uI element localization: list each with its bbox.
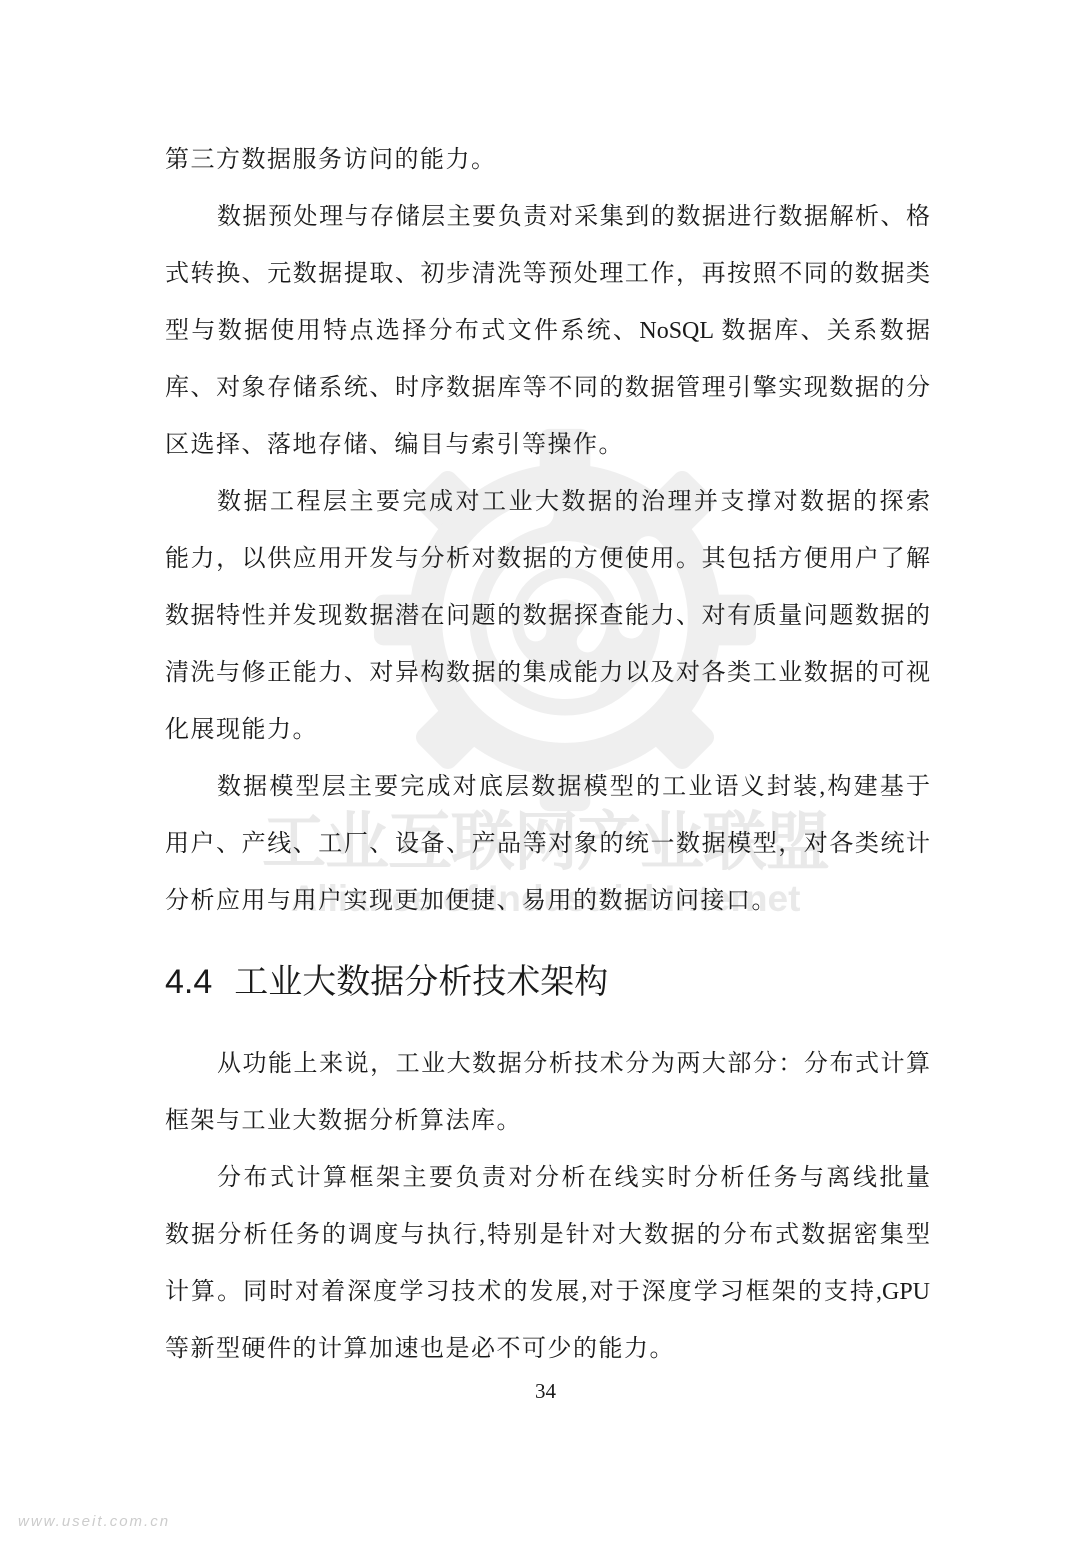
body-line: 清洗与修正能力、对异构数据的集成能力以及对各类工业数据的可视 bbox=[165, 645, 930, 702]
body-line: 数据预处理与存储层主要负责对采集到的数据进行数据解析、格 bbox=[165, 189, 930, 246]
watermark-url: www.useit.com.cn bbox=[18, 1513, 170, 1530]
section-number: 4.4 bbox=[165, 963, 212, 1001]
body-line: 型与数据使用特点选择分布式文件系统、NoSQL 数据库、关系数据 bbox=[165, 303, 930, 360]
body-line: 用户、产线、工厂、设备、产品等对象的统一数据模型，对各类统计 bbox=[165, 816, 930, 873]
body-line: 库、对象存储系统、时序数据库等不同的数据管理引擎实现数据的分 bbox=[165, 360, 930, 417]
body-line: 等新型硬件的计算加速也是必不可少的能力。 bbox=[165, 1321, 930, 1378]
body-line: 计算。同时对着深度学习技术的发展,对于深度学习框架的支持,GPU bbox=[165, 1264, 930, 1321]
body-text-upper: 第三方数据服务访问的能力。 数据预处理与存储层主要负责对采集到的数据进行数据解析… bbox=[165, 132, 930, 930]
section-heading: 4.4工业大数据分析技术架构 bbox=[165, 960, 965, 1004]
body-line: 数据模型层主要完成对底层数据模型的工业语义封装,构建基于 bbox=[165, 759, 930, 816]
body-line: 框架与工业大数据分析算法库。 bbox=[165, 1093, 930, 1150]
body-line: 第三方数据服务访问的能力。 bbox=[165, 132, 930, 189]
body-text-lower: 从功能上来说，工业大数据分析技术分为两大部分：分布式计算 框架与工业大数据分析算… bbox=[165, 1036, 930, 1378]
body-line: 区选择、落地存储、编目与索引等操作。 bbox=[165, 417, 930, 474]
body-line: 能力，以供应用开发与分析对数据的方便使用。其包括方便用户了解 bbox=[165, 531, 930, 588]
body-line: 数据特性并发现数据潜在问题的数据探查能力、对有质量问题数据的 bbox=[165, 588, 930, 645]
body-line: 化展现能力。 bbox=[165, 702, 930, 759]
body-line: 数据分析任务的调度与执行,特别是针对大数据的分布式数据密集型 bbox=[165, 1207, 930, 1264]
body-line: 从功能上来说，工业大数据分析技术分为两大部分：分布式计算 bbox=[165, 1036, 930, 1093]
body-line: 式转换、元数据提取、初步清洗等预处理工作，再按照不同的数据类 bbox=[165, 246, 930, 303]
page-number: 34 bbox=[0, 1379, 1091, 1404]
section-title: 工业大数据分析技术架构 bbox=[234, 963, 608, 1001]
body-line: 数据工程层主要完成对工业大数据的治理并支撑对数据的探索 bbox=[165, 474, 930, 531]
body-line: 分布式计算框架主要负责对分析在线实时分析任务与离线批量 bbox=[165, 1150, 930, 1207]
document-page: 工业互联网产业联盟 Alliance of Industrial Interne… bbox=[0, 0, 1091, 1544]
body-line: 分析应用与用户实现更加便捷、易用的数据访问接口。 bbox=[165, 873, 930, 930]
